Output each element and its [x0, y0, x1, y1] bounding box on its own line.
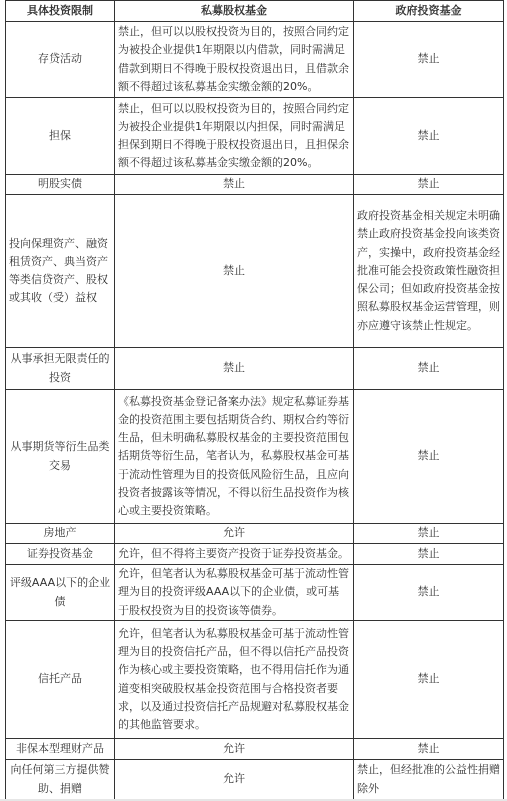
cell-restriction: 担保: [6, 98, 115, 175]
header-restriction: 具体投资限制: [6, 1, 115, 22]
cell-restriction: 投向保理资产、融资租赁资产、典当资产等类信贷资产、股权或其收（受）益权: [6, 195, 115, 348]
cell-restriction: 从事承担无限责任的投资: [6, 348, 115, 390]
cell-pe-fund: 允许: [115, 760, 354, 800]
table-row: 向任何第三方提供赞助、捐赠 允许 禁止，但经批准的公益性捐赠除外: [6, 760, 504, 800]
cell-gov-fund: 禁止: [354, 348, 504, 390]
cell-pe-fund: 允许: [115, 739, 354, 760]
table-row: 房地产 允许 禁止: [6, 524, 504, 544]
cell-pe-fund: 允许，但不得将主要资产投资于证券投资基金。: [115, 544, 354, 565]
cell-restriction: 非保本型理财产品: [6, 739, 115, 760]
cell-pe-fund: 允许，但笔者认为私募股权基金可基于流动性管理为目的投资评级AAA以下的企业债，或…: [115, 565, 354, 621]
cell-pe-fund: 《私募投资基金登记备案办法》规定私募证券基金的投资范围主要包括期货合约、期权合约…: [115, 390, 354, 524]
table-row: 从事期货等衍生品类交易 《私募投资基金登记备案办法》规定私募证券基金的投资范围主…: [6, 390, 504, 524]
table-row: 信托产品 允许，但笔者认为私募股权基金可基于流动性管理为目的投资信托产品，但不得…: [6, 621, 504, 739]
cell-gov-fund: 政府投资基金相关规定未明确禁止政府投资基金投向该类资产，实操中，政府投资基金经批…: [354, 195, 504, 348]
cell-gov-fund: 禁止: [354, 175, 504, 195]
table-row: 非保本型理财产品 允许 禁止: [6, 739, 504, 760]
cell-restriction: 存贷活动: [6, 22, 115, 98]
cell-gov-fund: 禁止: [354, 390, 504, 524]
cell-pe-fund: 允许，但笔者认为私募股权基金可基于流动性管理为目的投资信托产品，但不得以信托产品…: [115, 621, 354, 739]
cell-gov-fund: 禁止: [354, 524, 504, 544]
cell-gov-fund: 禁止: [354, 22, 504, 98]
table-row: 从事承担无限责任的投资 禁止 禁止: [6, 348, 504, 390]
table-row: 存贷活动 禁止，但可以以股权投资为目的，按照合同约定为被投企业提供1年期限以内借…: [6, 22, 504, 98]
investment-restrictions-table: 具体投资限制 私募股权基金 政府投资基金 存贷活动 禁止，但可以以股权投资为目的…: [5, 0, 504, 800]
header-gov-fund: 政府投资基金: [354, 1, 504, 22]
table-row: 评级AAA以下的企业债 允许，但笔者认为私募股权基金可基于流动性管理为目的投资评…: [6, 565, 504, 621]
cell-pe-fund: 禁止: [115, 195, 354, 348]
table-row: 证券投资基金 允许，但不得将主要资产投资于证券投资基金。 禁止: [6, 544, 504, 565]
cell-pe-fund: 禁止: [115, 175, 354, 195]
table-row: 明股实债 禁止 禁止: [6, 175, 504, 195]
cell-restriction: 评级AAA以下的企业债: [6, 565, 115, 621]
cell-gov-fund: 禁止: [354, 544, 504, 565]
cell-restriction: 证券投资基金: [6, 544, 115, 565]
cell-restriction: 明股实债: [6, 175, 115, 195]
cell-gov-fund: 禁止: [354, 98, 504, 175]
table-row: 投向保理资产、融资租赁资产、典当资产等类信贷资产、股权或其收（受）益权 禁止 政…: [6, 195, 504, 348]
table-header-row: 具体投资限制 私募股权基金 政府投资基金: [6, 1, 504, 22]
cell-pe-fund: 禁止，但可以以股权投资为目的，按照合同约定为被投企业提供1年期限以内担保，同时需…: [115, 98, 354, 175]
cell-restriction: 信托产品: [6, 621, 115, 739]
cell-pe-fund: 禁止: [115, 348, 354, 390]
cell-gov-fund: 禁止: [354, 565, 504, 621]
cell-restriction: 房地产: [6, 524, 115, 544]
cell-restriction: 向任何第三方提供赞助、捐赠: [6, 760, 115, 800]
cell-restriction: 从事期货等衍生品类交易: [6, 390, 115, 524]
cell-gov-fund: 禁止: [354, 739, 504, 760]
header-pe-fund: 私募股权基金: [115, 1, 354, 22]
cell-pe-fund: 禁止，但可以以股权投资为目的，按照合同约定为被投企业提供1年期限以内借款，同时需…: [115, 22, 354, 98]
table-row: 担保 禁止，但可以以股权投资为目的，按照合同约定为被投企业提供1年期限以内担保，…: [6, 98, 504, 175]
cell-gov-fund: 禁止，但经批准的公益性捐赠除外: [354, 760, 504, 800]
cell-gov-fund: 禁止: [354, 621, 504, 739]
cell-pe-fund: 允许: [115, 524, 354, 544]
